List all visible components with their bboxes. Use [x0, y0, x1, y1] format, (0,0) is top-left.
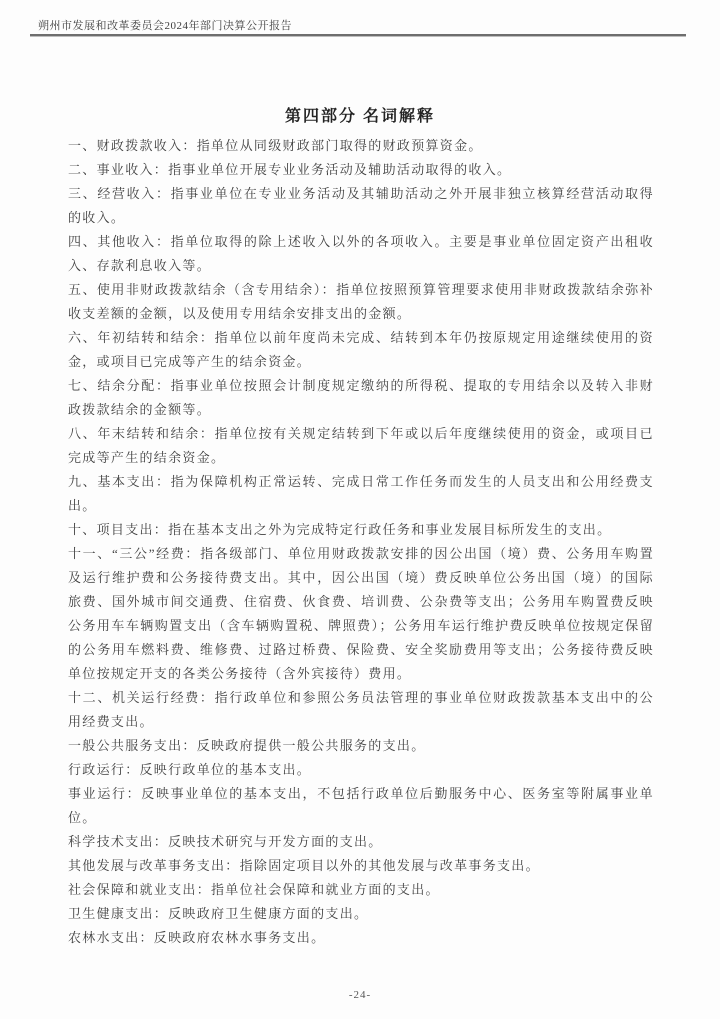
header-divider: [30, 34, 686, 37]
body-text: 一、财政拨款收入：指单位从同级财政部门取得的财政预算资金。二、事业收入：指事业单…: [68, 134, 654, 950]
paragraph: 行政运行：反映行政单位的基本支出。: [68, 758, 654, 782]
paragraph: 六、年初结转和结余：指单位以前年度尚未完成、结转到本年仍按原规定用途继续使用的资…: [68, 326, 654, 374]
paragraph: 九、基本支出：指为保障机构正常运转、完成日常工作任务而发生的人员支出和公用经费支…: [68, 470, 654, 518]
paragraph: 八、年末结转和结余：指单位按有关规定结转到下年或以后年度继续使用的资金，或项目已…: [68, 422, 654, 470]
paragraph: 一般公共服务支出：反映政府提供一般公共服务的支出。: [68, 734, 654, 758]
document-page: 朔州市发展和改革委员会2024年部门决算公开报告 第四部分 名词解释 一、财政拨…: [0, 0, 720, 1019]
paragraph: 一、财政拨款收入：指单位从同级财政部门取得的财政预算资金。: [68, 134, 654, 158]
section-title: 第四部分 名词解释: [0, 103, 720, 126]
paragraph: 五、使用非财政拨款结余（含专用结余）：指单位按照预算管理要求使用非财政拨款结余弥…: [68, 278, 654, 326]
paragraph: 十一、“三公”经费：指各级部门、单位用财政拨款安排的因公出国（境）费、公务用车购…: [68, 542, 654, 686]
paragraph: 三、经营收入：指事业单位在专业业务活动及其辅助活动之外开展非独立核算经营活动取得…: [68, 182, 654, 230]
paragraph: 社会保障和就业支出：指单位社会保障和就业方面的支出。: [68, 878, 654, 902]
paragraph: 四、其他收入：指单位取得的除上述收入以外的各项收入。主要是事业单位固定资产出租收…: [68, 230, 654, 278]
paragraph: 科学技术支出：反映技术研究与开发方面的支出。: [68, 830, 654, 854]
running-header: 朔州市发展和改革委员会2024年部门决算公开报告: [38, 17, 292, 33]
paragraph: 二、事业收入：指事业单位开展专业业务活动及辅助活动取得的收入。: [68, 158, 654, 182]
page-number: -24-: [0, 989, 720, 1001]
paragraph: 农林水支出：反映政府农林水事务支出。: [68, 926, 654, 950]
paragraph: 十、项目支出：指在基本支出之外为完成特定行政任务和事业发展目标所发生的支出。: [68, 518, 654, 542]
paragraph: 事业运行：反映事业单位的基本支出，不包括行政单位后勤服务中心、医务室等附属事业单…: [68, 782, 654, 830]
paragraph: 十二、机关运行经费：指行政单位和参照公务员法管理的事业单位财政拨款基本支出中的公…: [68, 686, 654, 734]
paragraph: 七、结余分配：指事业单位按照会计制度规定缴纳的所得税、提取的专用结余以及转入非财…: [68, 374, 654, 422]
paragraph: 其他发展与改革事务支出：指除固定项目以外的其他发展与改革事务支出。: [68, 854, 654, 878]
paragraph: 卫生健康支出：反映政府卫生健康方面的支出。: [68, 902, 654, 926]
